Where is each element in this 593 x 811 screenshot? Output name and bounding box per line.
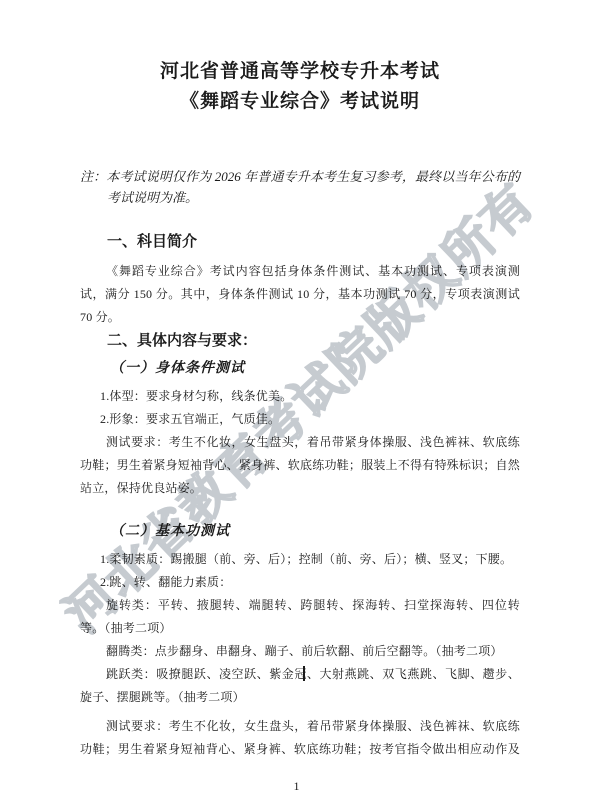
body-condition-item-appearance: 2.形象：要求五官端正，气质佳。 bbox=[80, 408, 520, 431]
title-line-1: 河北省普通高等学校专升本考试 bbox=[80, 57, 520, 87]
subsection-heading-body-condition-test: （一）身体条件测试 bbox=[80, 359, 520, 379]
body-condition-test-requirements: 测试要求：考生不化妆，女生盘头，着吊带紧身体操服、浅色裤袜、软底练功鞋；男生着紧… bbox=[80, 431, 520, 500]
document-title: 河北省普通高等学校专升本考试 《舞蹈专业综合》考试说明 bbox=[80, 57, 520, 117]
title-line-2: 《舞蹈专业综合》考试说明 bbox=[80, 87, 520, 117]
basic-skill-tumbling-category: 翻腾类：点步翻身、串翻身、蹦子、前后软翻、前后空翻等。（抽考二项） bbox=[80, 640, 520, 663]
body-condition-item-figure: 1.体型：要求身材匀称，线条优美。 bbox=[80, 385, 520, 408]
document-page: 河北省教育考试院版权所有 河北省普通高等学校专升本考试 《舞蹈专业综合》考试说明… bbox=[0, 0, 593, 811]
basic-skill-jumping-category: 跳跃类：吸撩腿跃、凌空跃、紫金冠、大射燕跳、双飞燕跳、飞脚、趱步、旋子、摆腿跳等… bbox=[80, 663, 520, 709]
exam-note: 注：本考试说明仅作为 2026 年普通专升本考生复习参考，最终以当年公布的考试说… bbox=[80, 166, 520, 208]
section-1-intro-paragraph: 《舞蹈专业综合》考试内容包括身体条件测试、基本功测试、专项表演测试，满分 150… bbox=[80, 260, 520, 329]
page-number: 1 bbox=[0, 779, 593, 794]
basic-skill-test-requirements: 测试要求：考生不化妆，女生盘头，着吊带紧身体操服、浅色裤袜、软底练功鞋；男生着紧… bbox=[80, 715, 520, 761]
note-text: 本考试说明仅作为 2026 年普通专升本考生复习参考，最终以当年公布的考试说明为… bbox=[106, 169, 520, 205]
text-cursor bbox=[303, 666, 305, 681]
note-label: 注： bbox=[80, 169, 106, 184]
page-content: 河北省普通高等学校专升本考试 《舞蹈专业综合》考试说明 注：本考试说明仅作为 2… bbox=[0, 0, 593, 761]
basic-skill-item-jump-turn-flip: 2.跳、转、翻能力素质： bbox=[80, 571, 520, 594]
basic-skill-item-flexibility: 1.柔韧素质：踢搬腿（前、旁、后）；控制（前、旁、后）；横、竖叉；下腰。 bbox=[80, 548, 520, 571]
section-heading-2: 二、具体内容与要求： bbox=[80, 331, 520, 351]
basic-skill-rotation-category: 旋转类：平转、掖腿转、端腿转、跨腿转、探海转、扫堂探海转、四位转等。（抽考二项） bbox=[80, 594, 520, 640]
subsection-heading-basic-skill-test: （二）基本功测试 bbox=[80, 522, 520, 542]
section-heading-1: 一、科目简介 bbox=[80, 232, 520, 252]
